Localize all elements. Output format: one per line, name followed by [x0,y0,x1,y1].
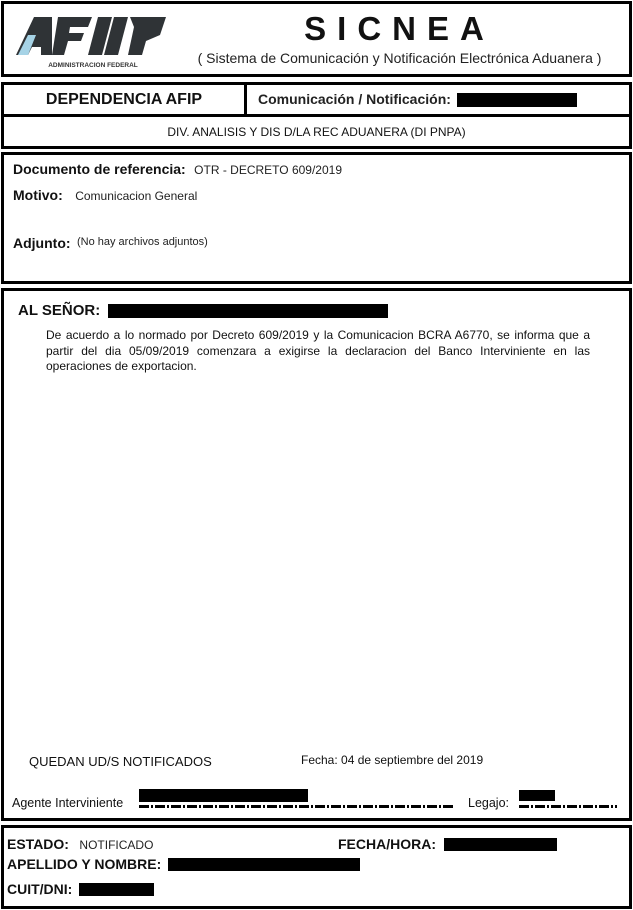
cuit-row: CUIT/DNI: [7,881,154,899]
adjunto-value: (No hay archivos adjuntos) [77,236,208,248]
comunicacion-field: Comunicación / Notificación: [258,85,577,114]
estado-box: ESTADO: NOTIFICADO FECHA/HORA: APELLIDO … [1,825,632,909]
fecha-hora-row: FECHA/HORA: [338,836,557,854]
motivo-label: Motivo: [13,187,63,203]
legajo-signature-line [519,805,617,808]
comunicacion-redacted [457,93,577,107]
adjunto-label: Adjunto: [13,235,71,251]
destinatario-label: AL SEÑOR: [18,302,100,319]
fecha-hora-redacted [444,838,557,851]
destinatario-row: AL SEÑOR: [18,302,388,319]
legajo-label: Legajo: [468,796,509,810]
estado-label: ESTADO: [7,836,69,852]
documento-box: Documento de referencia: OTR - DECRETO 6… [1,152,632,284]
comunicacion-label: Comunicación / Notificación: [258,91,451,107]
app-title: SICNEA [174,10,625,48]
referencia-row: Documento de referencia: OTR - DECRETO 6… [13,161,342,179]
apellido-redacted [168,858,360,871]
dependencia-row: DEPENDENCIA AFIP Comunicación / Notifica… [4,85,629,117]
division-name: DIV. ANALISIS Y DIS D/LA REC ADUANERA (D… [4,118,629,146]
adjunto-row: Adjunto: (No hay archivos adjuntos) [13,235,208,253]
agente-label: Agente Interviniente [12,796,123,810]
estado-row: ESTADO: NOTIFICADO [7,836,153,854]
quedan-notificados: QUEDAN UD/S NOTIFICADOS [29,754,212,769]
svg-text:ADMINISTRACION FEDERAL: ADMINISTRACION FEDERAL [48,62,138,69]
referencia-label: Documento de referencia: [13,161,186,177]
estado-value: NOTIFICADO [79,838,153,852]
app-subtitle: ( Sistema de Comunicación y Notificación… [174,50,625,66]
motivo-row: Motivo: Comunicacion General [13,187,197,205]
header-box: ADMINISTRACION FEDERAL SICNEA ( Sistema … [1,1,632,77]
destinatario-redacted [108,304,388,318]
agente-signature-line [139,805,455,808]
motivo-value: Comunicacion General [75,189,197,203]
afip-logo: ADMINISTRACION FEDERAL [14,13,172,71]
fecha-hora-label: FECHA/HORA: [338,836,436,852]
legajo-redacted [519,790,555,801]
fecha-notificacion: Fecha: 04 de septiembre del 2019 [301,753,483,767]
apellido-row: APELLIDO Y NOMBRE: [7,856,360,874]
dependencia-label: DEPENDENCIA AFIP [4,85,247,114]
agente-redacted [139,789,308,802]
apellido-label: APELLIDO Y NOMBRE: [7,856,161,872]
cuit-redacted [79,883,154,896]
mensaje-body: De acuerdo a lo normado por Decreto 609/… [46,328,590,375]
cuit-label: CUIT/DNI: [7,881,72,897]
dependencia-box: DEPENDENCIA AFIP Comunicación / Notifica… [1,82,632,149]
referencia-value: OTR - DECRETO 609/2019 [194,163,342,177]
mensaje-box: AL SEÑOR: De acuerdo a lo normado por De… [1,288,632,821]
